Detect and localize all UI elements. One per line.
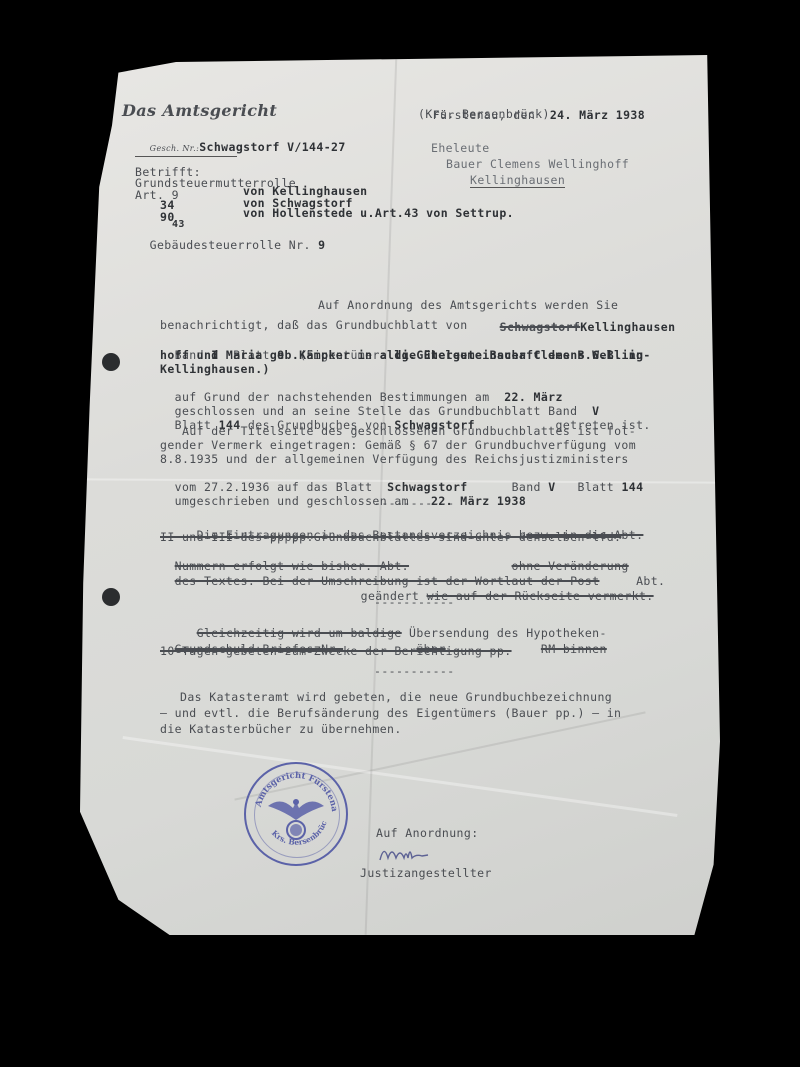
- p1-line-2: benachrichtigt, daß das Grundbuchblatt v…: [160, 318, 468, 332]
- struck-text: wie auf der Rückseite vermerkt.: [427, 589, 654, 603]
- p2-line-3: 8.8.1935 und der allgemeinen Verfügung d…: [160, 452, 629, 466]
- letter-date: 24. März 1938: [550, 108, 645, 122]
- blatt-value: 144: [621, 480, 643, 494]
- court-seal-stamp: Amtsgericht Fürstenau Krs. Bersenbrück: [244, 762, 348, 866]
- p3-line-2: II und III des ppppp.Grundbuchblattes si…: [160, 530, 621, 544]
- recipient-line-3: Kellinghausen: [470, 173, 565, 188]
- p1-line-2-fill: SchwagstorfKellinghausen: [485, 306, 675, 334]
- p5-line-1: Das Katasteramt wird gebeten, die neue G…: [180, 690, 612, 704]
- reference-value: Schwagstorf V/144-27: [199, 140, 345, 154]
- overlay-number: 43: [172, 218, 185, 232]
- p5-line-3: die Katasterbücher zu übernehmen.: [160, 722, 402, 736]
- p1-line-5: Kellinghausen.): [160, 362, 270, 376]
- recipient-line-1: Eheleute: [431, 141, 490, 155]
- recipient-line-2: Bauer Clemens Wellinghoff: [446, 157, 629, 171]
- fold-crease: [123, 736, 678, 817]
- separator: -----------: [374, 664, 455, 678]
- separator: -----------: [374, 496, 455, 510]
- struck-place: Schwagstorf: [500, 320, 581, 334]
- p2-line-2: gender Vermerk eingetragen: Gemäß § 67 d…: [160, 438, 636, 452]
- building-tax-roll: Gebäudesteuerrolle Nr. 9: [135, 224, 325, 252]
- punch-hole: [102, 353, 120, 371]
- separator: -----------: [374, 595, 455, 609]
- closing-order: Auf Anordnung:: [376, 826, 479, 840]
- building-tax-label: Gebäudesteuerrolle Nr.: [150, 238, 311, 252]
- reference-label: Gesch. Nr.:: [150, 144, 200, 153]
- band-value: V: [548, 480, 555, 494]
- reference-number: Gesch. Nr.:Schwagstorf V/144-27: [135, 126, 237, 157]
- p5-line-2: — und evtl. die Berufsänderung des Eigen…: [160, 706, 621, 720]
- district: (Krs. Bersenbrück): [418, 107, 550, 121]
- svg-text:Amtsgericht Fürstenau: Amtsgericht Fürstenau: [246, 764, 339, 813]
- p2-line-5: umgeschrieben und geschlossen am 22. Mär…: [160, 480, 526, 508]
- new-place: Kellinghausen: [580, 320, 675, 334]
- signature-icon: [378, 840, 458, 864]
- blatt-label: Blatt: [578, 480, 615, 494]
- court-name: Das Amtsgericht: [122, 104, 277, 118]
- punch-hole: [102, 588, 120, 606]
- building-tax-nr: 9: [318, 238, 325, 252]
- subject-art-90-place: von Hollenstede u.Art.43 von Settrup.: [243, 206, 514, 220]
- eagle-emblem-icon: Amtsgericht Fürstenau Krs. Bersenbrück: [246, 764, 346, 864]
- p2-line-1: Auf der Titelseite des geschlossenen Gru…: [182, 424, 636, 438]
- p4-line-3: 10 Tagen gebeten zum Zwecke der Berichti…: [160, 644, 512, 658]
- p1-line-4: hoff und Maria geb.Kämpker in allg.Güter…: [160, 348, 643, 362]
- signatory-title: Justizangestellter: [360, 866, 492, 880]
- struck-text: RM binnen: [541, 642, 607, 656]
